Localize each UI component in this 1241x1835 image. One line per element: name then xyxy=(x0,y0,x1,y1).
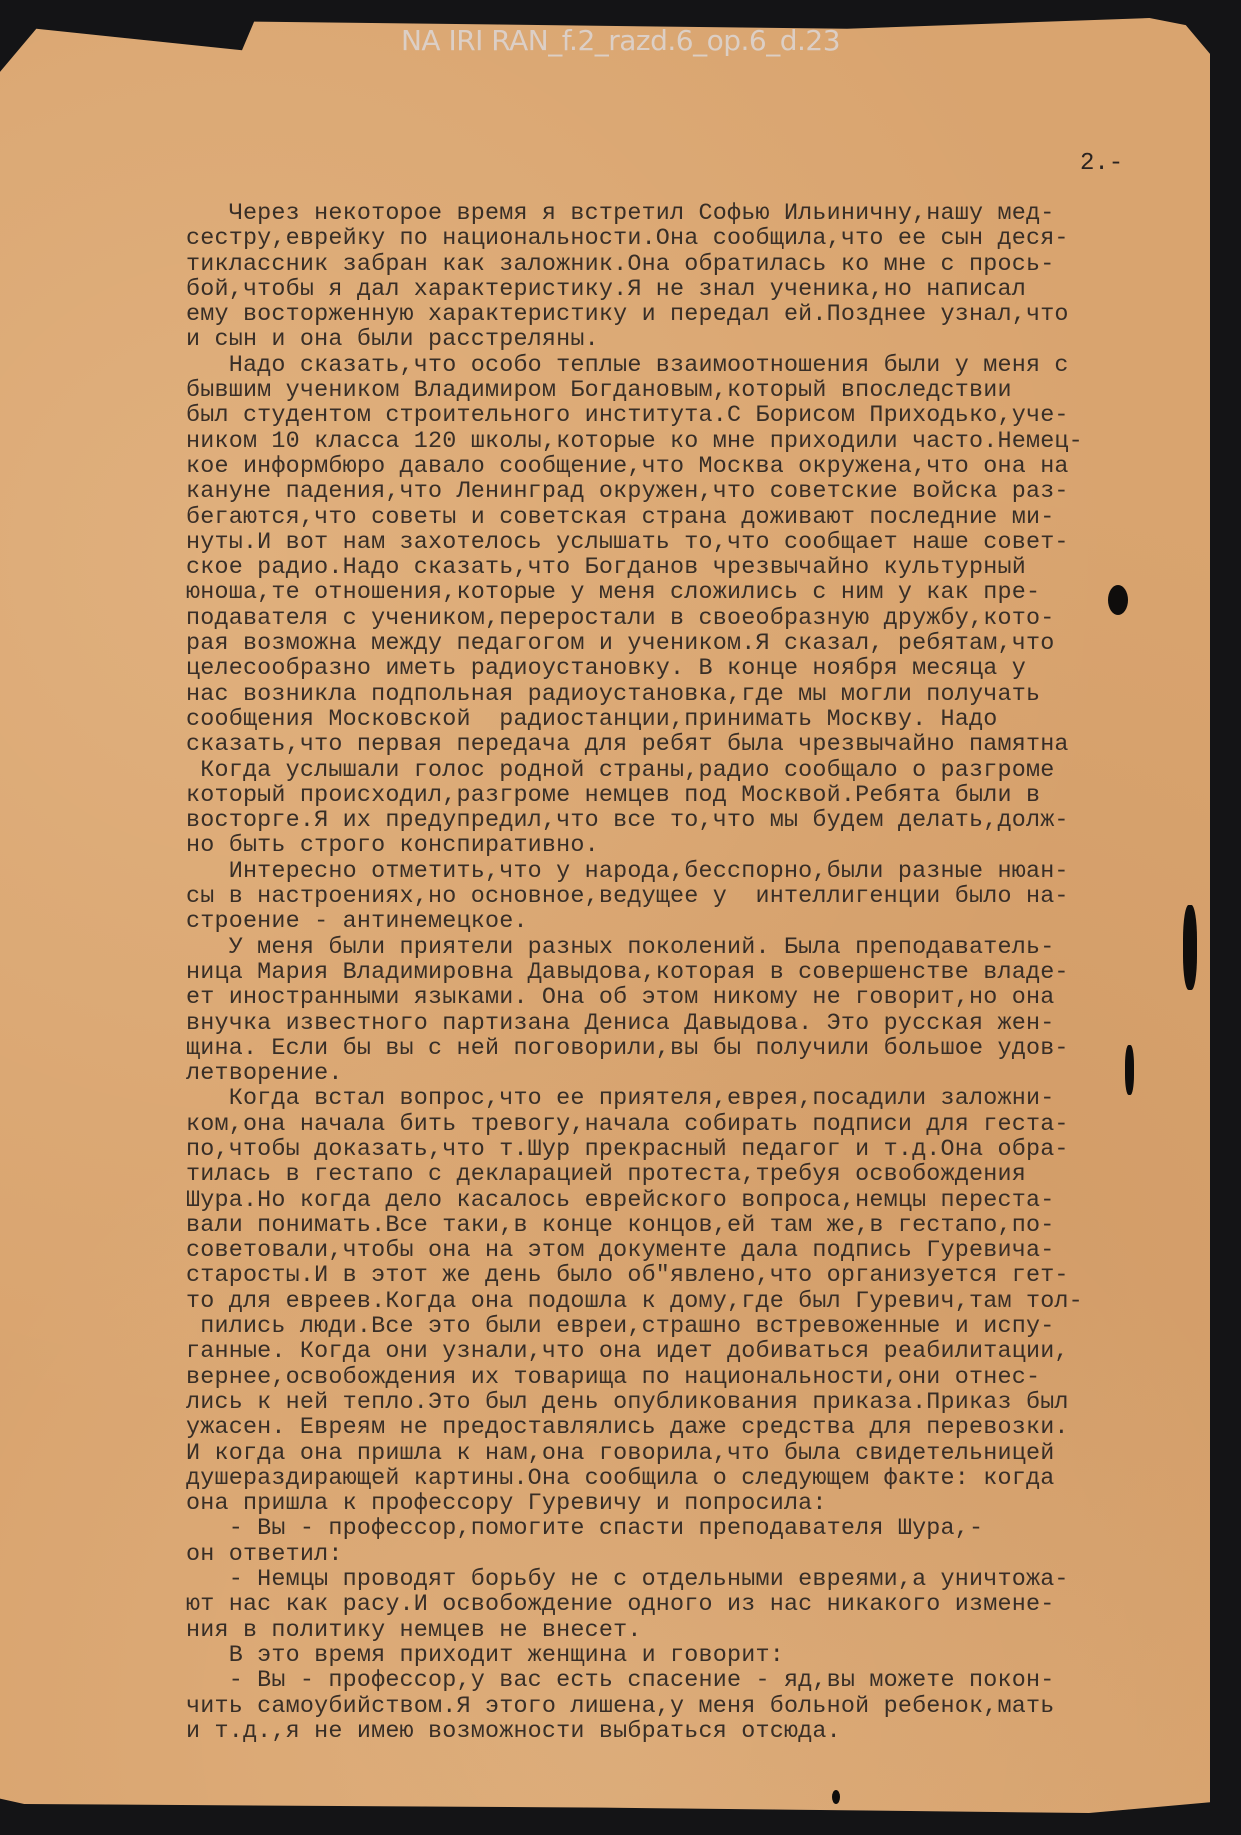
text-line: восторге.Я их предупредил,что все то,что… xyxy=(186,809,1216,834)
text-line: рая возможна между педагогом и учеником.… xyxy=(186,632,1216,657)
text-line: нуты.И вот нам захотелось услышать то,чт… xyxy=(186,531,1216,556)
text-line: И когда она пришла к нам,она говорила,чт… xyxy=(186,1442,1216,1467)
page-number: 2.- xyxy=(1080,150,1123,177)
text-line: душераздирающей картины.Она сообщила о с… xyxy=(186,1467,1216,1492)
text-line: сообщения Московской радиостанции,приним… xyxy=(186,708,1216,733)
text-line: бой,чтобы я дал характеристику.Я не знал… xyxy=(186,278,1216,303)
text-line: она пришла к профессору Гуревичу и попро… xyxy=(186,1492,1216,1517)
text-line: щина. Если бы вы с ней поговорили,вы бы … xyxy=(186,1037,1216,1062)
text-line: чить самоубийством.Я этого лишена,у меня… xyxy=(186,1695,1216,1720)
text-line: Шура.Но когда дело касалось еврейского в… xyxy=(186,1189,1216,1214)
text-line: ет иностранными языками. Она об этом ник… xyxy=(186,986,1216,1011)
text-line: вали понимать.Все таки,в конце концов,ей… xyxy=(186,1214,1216,1239)
text-line: целесообразно иметь радиоустановку. В ко… xyxy=(186,657,1216,682)
text-line: ния в политику немцев не внесет. xyxy=(186,1619,1216,1644)
text-line: Интересно отметить,что у народа,бесспорн… xyxy=(186,860,1216,885)
ink-blot xyxy=(832,1790,840,1804)
text-line: который происходил,разгроме немцев под М… xyxy=(186,784,1216,809)
text-line: тилась в гестапо с декларацией протеста,… xyxy=(186,1163,1216,1188)
text-line: ница Мария Владимировна Давыдова,которая… xyxy=(186,961,1216,986)
text-line: юноша,те отношения,которые у меня сложил… xyxy=(186,581,1216,606)
text-line: внучка известного партизана Дениса Давыд… xyxy=(186,1012,1216,1037)
text-line: но быть строго конспиративно. xyxy=(186,834,1216,859)
text-line: и т.д.,я не имею возможности выбраться о… xyxy=(186,1720,1216,1745)
ink-blot xyxy=(1108,585,1128,615)
text-line: Когда встал вопрос,что ее приятеля,еврея… xyxy=(186,1087,1216,1112)
text-line: ком,она начала бить тревогу,начала собир… xyxy=(186,1113,1216,1138)
text-line: и сын и она были расстреляны. xyxy=(186,328,1216,353)
text-line: Когда услышали голос родной страны,радио… xyxy=(186,759,1216,784)
text-line: кое информбюро давало сообщение,что Моск… xyxy=(186,455,1216,480)
text-line: сы в настроениях,но основное,ведущее у и… xyxy=(186,885,1216,910)
text-line: тиклассник забран как заложник.Она обрат… xyxy=(186,253,1216,278)
text-line: то для евреев.Когда она подошла к дому,г… xyxy=(186,1290,1216,1315)
text-line: строение - антинемецкое. xyxy=(186,910,1216,935)
text-line: ское радио.Надо сказать,что Богданов чре… xyxy=(186,556,1216,581)
text-line: ганные. Когда они узнали,что она идет до… xyxy=(186,1340,1216,1365)
text-line: ему восторженную характеристику и переда… xyxy=(186,303,1216,328)
text-line: подавателя с учеником,переростали в свое… xyxy=(186,607,1216,632)
typewritten-body: Через некоторое время я встретил Софью И… xyxy=(186,202,1216,1745)
text-line: лись к ней тепло.Это был день опубликова… xyxy=(186,1391,1216,1416)
text-line: ют нас как расу.И освобождение одного из… xyxy=(186,1593,1216,1618)
text-line: Через некоторое время я встретил Софью И… xyxy=(186,202,1216,227)
text-line: нас возникла подпольная радиоустановка,г… xyxy=(186,683,1216,708)
text-line: по,чтобы доказать,что т.Шур прекрасный п… xyxy=(186,1138,1216,1163)
ink-blot xyxy=(1125,1045,1134,1095)
text-line: сестру,еврейку по национальности.Она соо… xyxy=(186,227,1216,252)
archive-watermark: NA IRI RAN_f.2_razd.6_op.6_d.23 xyxy=(0,24,1241,57)
text-line: В это время приходит женщина и говорит: xyxy=(186,1644,1216,1669)
text-line: старосты.И в этот же день было об"явлено… xyxy=(186,1264,1216,1289)
text-line: советовали,чтобы она на этом документе д… xyxy=(186,1239,1216,1264)
text-line: бывшим учеником Владимиром Богдановым,ко… xyxy=(186,379,1216,404)
text-line: - Немцы проводят борьбу не с отдельными … xyxy=(186,1568,1216,1593)
text-line: летворение. xyxy=(186,1062,1216,1087)
text-line: У меня были приятели разных поколений. Б… xyxy=(186,936,1216,961)
text-line: - Вы - профессор,помогите спасти препода… xyxy=(186,1517,1216,1542)
text-line: - Вы - профессор,у вас есть спасение - я… xyxy=(186,1669,1216,1694)
ink-blot xyxy=(1183,905,1197,990)
text-line: он ответил: xyxy=(186,1543,1216,1568)
text-line: кануне падения,что Ленинград окружен,что… xyxy=(186,480,1216,505)
text-line: вернее,освобождения их товарища по нацио… xyxy=(186,1366,1216,1391)
text-line: ником 10 класса 120 школы,которые ко мне… xyxy=(186,430,1216,455)
text-line: ужасен. Евреям не предоставлялись даже с… xyxy=(186,1416,1216,1441)
text-line: пились люди.Все это были евреи,страшно в… xyxy=(186,1315,1216,1340)
text-line: сказать,что первая передача для ребят бы… xyxy=(186,733,1216,758)
text-line: был студентом строительного института.С … xyxy=(186,404,1216,429)
text-line: бегаются,что советы и советская страна д… xyxy=(186,506,1216,531)
text-line: Надо сказать,что особо теплые взаимоотно… xyxy=(186,354,1216,379)
